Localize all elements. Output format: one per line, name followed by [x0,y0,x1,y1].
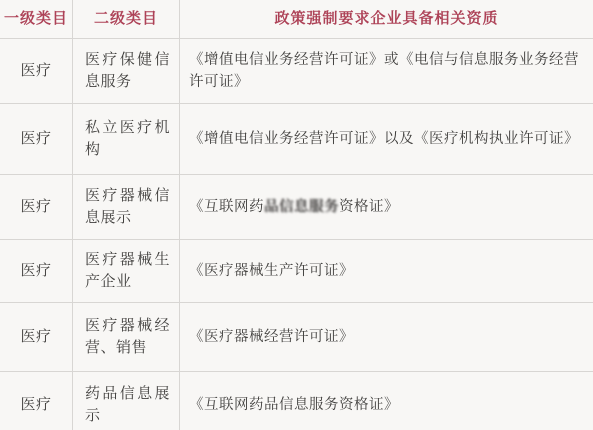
subcategory-cell: 医疗保健信息服务 [73,39,180,104]
qualification-cell: 《医疗器械经营许可证》 [180,303,593,372]
category-cell: 医疗 [0,372,73,430]
subcategory-cell: 私立医疗机构 [73,104,180,175]
subcategory-text: 医疗保健信息服务 [85,49,170,93]
subcategory-text: 私立医疗机构 [85,117,170,161]
header-cell-qualification: 政策强制要求企业具备相关资质 [180,0,593,39]
qualification-cell: 《医疗器械生产许可证》 [180,240,593,303]
subcategory-cell: 药品信息展示 [73,372,180,430]
qualification-cell: 《互联网药品信息服务资格证》 [180,372,593,430]
qualification-table: 一级类目 二级类目 政策强制要求企业具备相关资质 医疗 医疗保健信息服务 《增值… [0,0,593,430]
qualification-text-suffix: 资格证》 [339,196,399,218]
subcategory-text: 药品信息展示 [85,383,170,427]
qualification-cell: 《互联网药品信息服务资格证》 [180,175,593,240]
qualification-cell: 《增值电信业务经营许可证》或《电信与信息服务业务经营许可证》 [180,39,593,104]
category-cell: 医疗 [0,39,73,104]
subcategory-cell: 医疗器械信息展示 [73,175,180,240]
header-cell-level1-category: 一级类目 [0,0,73,39]
qualification-text-prefix: 《互联网药 [189,196,264,218]
qualification-cell: 《增值电信业务经营许可证》以及《医疗机构执业许可证》 [180,104,593,175]
subcategory-text: 医疗器械生产企业 [85,249,170,293]
category-cell: 医疗 [0,240,73,303]
watermark-obscured-text: 品信息服务 [264,196,339,218]
subcategory-cell: 医疗器械经营、销售 [73,303,180,372]
header-cell-level2-category: 二级类目 [73,0,180,39]
category-cell: 医疗 [0,303,73,372]
subcategory-cell: 医疗器械生产企业 [73,240,180,303]
category-cell: 医疗 [0,175,73,240]
subcategory-text: 医疗器械经营、销售 [85,315,170,359]
category-cell: 医疗 [0,104,73,175]
subcategory-text: 医疗器械信息展示 [85,185,170,229]
